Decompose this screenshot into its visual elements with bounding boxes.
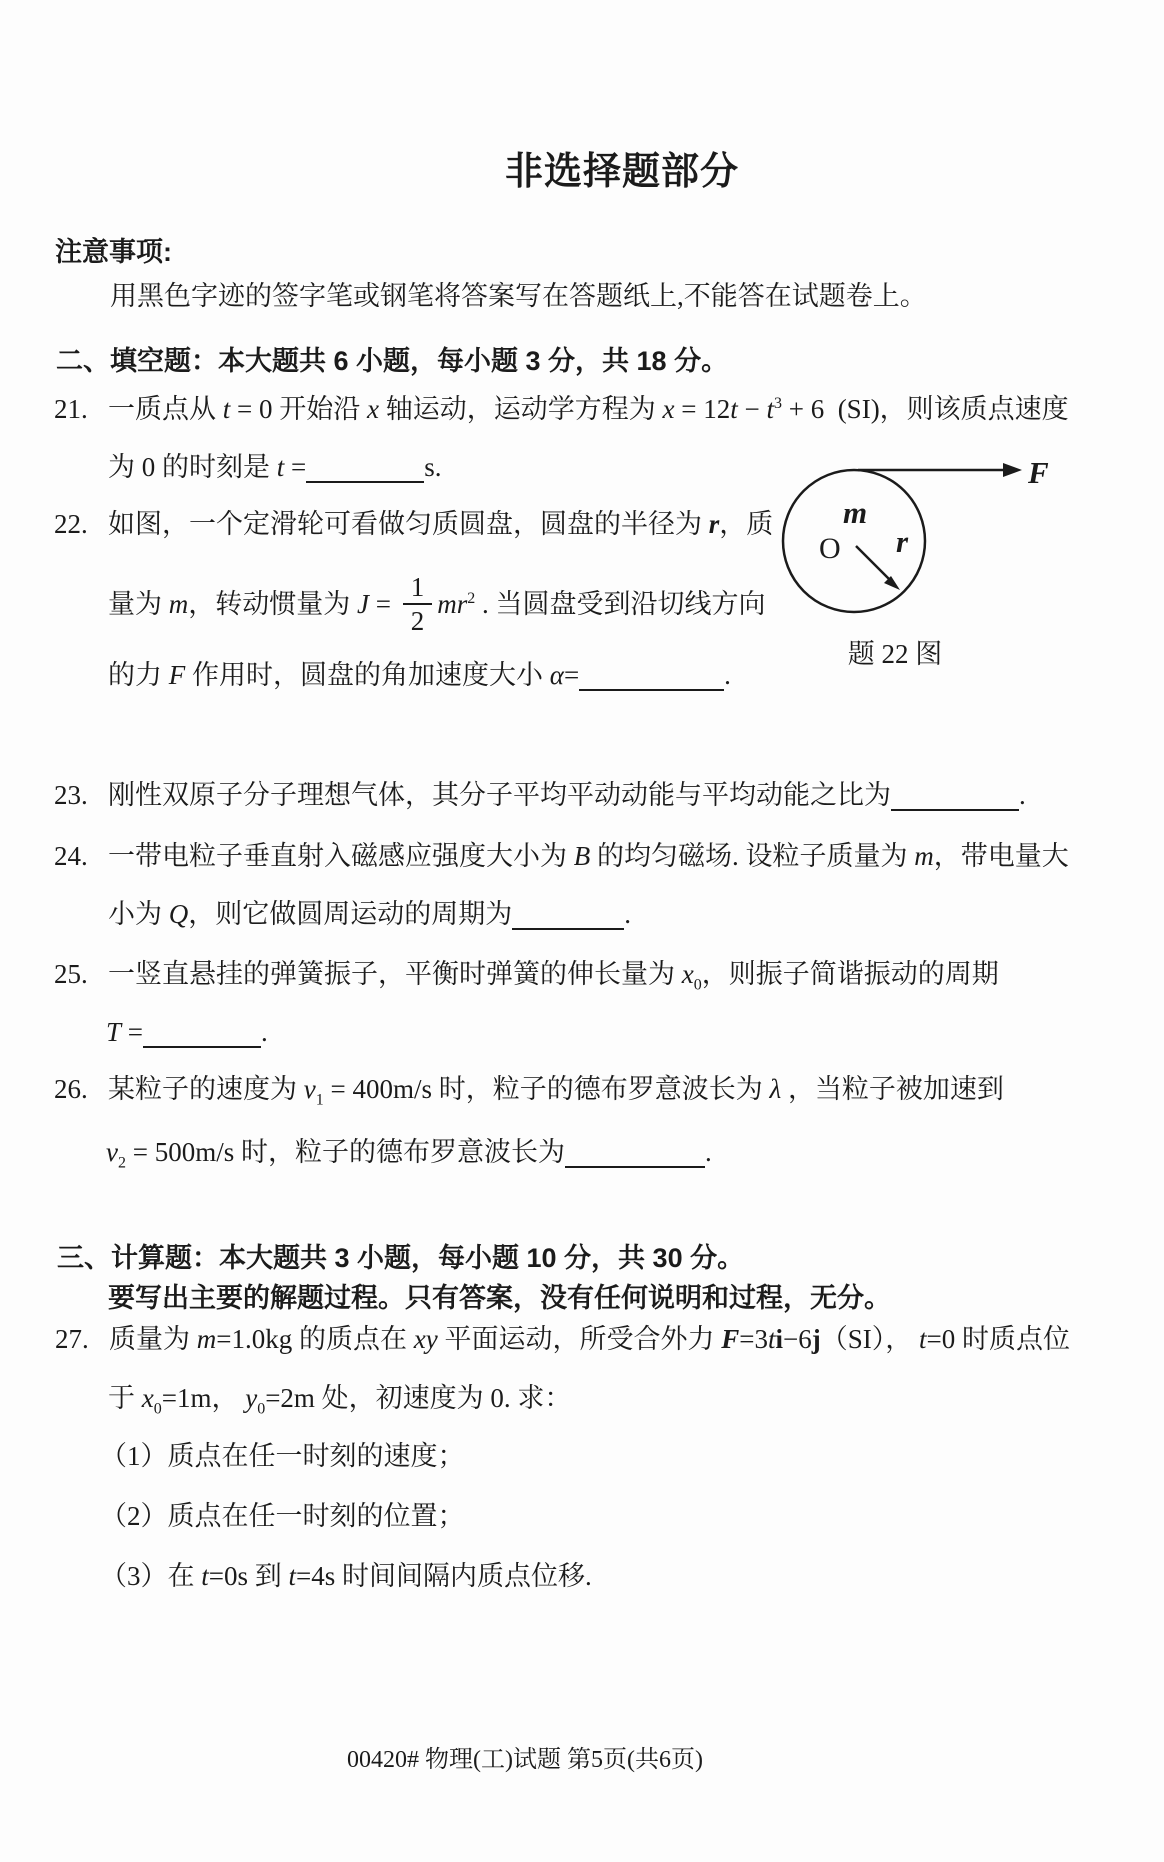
page-title: 非选择题部分 — [505, 154, 739, 190]
question-27-sub-3: （3）在 t=0s 到 t=4s 时间间隔内质点位移. — [100, 1558, 592, 1594]
answer-blank — [565, 1163, 705, 1168]
mass-label: m — [843, 495, 867, 530]
fraction: 12 — [403, 572, 433, 636]
question-number: 25. — [54, 956, 108, 992]
answer-blank — [143, 1043, 261, 1048]
question-21-line-1: 21.一质点从 t = 0 开始沿 x 轴运动，运动学方程为 x = 12t −… — [54, 391, 1069, 427]
question-number: 26. — [54, 1071, 108, 1107]
page-footer: 00420# 物理(工)试题 第5页(共6页) — [347, 1742, 703, 1778]
notice-body: 用黑色字迹的签字笔或钢笔将答案写在答题纸上,不能答在试题卷上。 — [110, 278, 927, 314]
radius-arrow-line — [856, 546, 889, 579]
center-label: O — [819, 532, 841, 565]
question-21-line-2: 为 0 的时刻是 t =s. — [108, 449, 442, 485]
answer-blank — [306, 478, 424, 483]
question-23-line-1: 23.刚性双原子分子理想气体，其分子平均平动动能与平均动能之比为. — [54, 777, 1026, 813]
question-26-line-1: 26.某粒子的速度为 v1 = 400m/s 时，粒子的德布罗意波长为 λ ，当… — [54, 1071, 1004, 1107]
section3-note: 要写出主要的解题过程。只有答案，没有任何说明和过程，无分。 — [108, 1280, 891, 1316]
question-25-line-2: T =. — [106, 1014, 268, 1050]
notice-heading: 注意事项: — [55, 234, 172, 270]
question-22-line-1: 22.如图，一个定滑轮可看做匀质圆盘，圆盘的半径为 r，质 — [54, 506, 773, 542]
section2-heading: 二、填空题：本大题共 6 小题，每小题 3 分，共 18 分。 — [56, 343, 728, 379]
question-25-line-1: 25.一竖直悬挂的弹簧振子，平衡时弹簧的伸长量为 x0，则振子简谐振动的周期 — [54, 956, 999, 992]
question-27-line-2: 于 x0=1m， y0=2m 处，初速度为 0. 求： — [108, 1380, 571, 1416]
answer-blank — [512, 925, 624, 930]
section3-heading: 三、计算题：本大题共 3 小题，每小题 10 分，共 30 分。 — [57, 1240, 744, 1276]
question-26-line-2: v2 = 500m/s 时，粒子的德布罗意波长为. — [106, 1134, 712, 1170]
question-number: 27. — [55, 1321, 109, 1357]
question-27-sub-2: （2）质点在任一时刻的位置； — [100, 1498, 465, 1534]
question-22-line-2: 量为 m，转动惯量为 J = 12mr2 . 当圆盘受到沿切线方向 — [108, 564, 765, 644]
force-arrowhead-icon — [1003, 463, 1022, 477]
question-27-line-1: 27.质量为 m=1.0kg 的质点在 xy 平面运动，所受合外力 F=3ti−… — [55, 1321, 1070, 1357]
radius-label: r — [896, 524, 909, 559]
question-number: 23. — [54, 777, 108, 813]
question-number: 21. — [54, 391, 108, 427]
answer-blank — [579, 686, 724, 691]
question-24-line-1: 24.一带电粒子垂直射入磁感应强度大小为 B 的均匀磁场. 设粒子质量为 m，带… — [54, 838, 1069, 874]
exam-page: 非选择题部分 注意事项: 用黑色字迹的签字笔或钢笔将答案写在答题纸上,不能答在试… — [0, 0, 1164, 1862]
question-number: 24. — [54, 838, 108, 874]
question-27-sub-1: （1）质点在任一时刻的速度； — [100, 1438, 465, 1474]
answer-blank — [891, 806, 1019, 811]
question-24-line-2: 小为 Q，则它做圆周运动的周期为. — [108, 896, 631, 932]
question-number: 22. — [54, 506, 108, 542]
question-22-line-3: 的力 F 作用时，圆盘的角加速度大小 α=. — [108, 657, 731, 693]
force-label: F — [1027, 455, 1049, 490]
figure-caption: 题 22 图 — [822, 636, 968, 672]
